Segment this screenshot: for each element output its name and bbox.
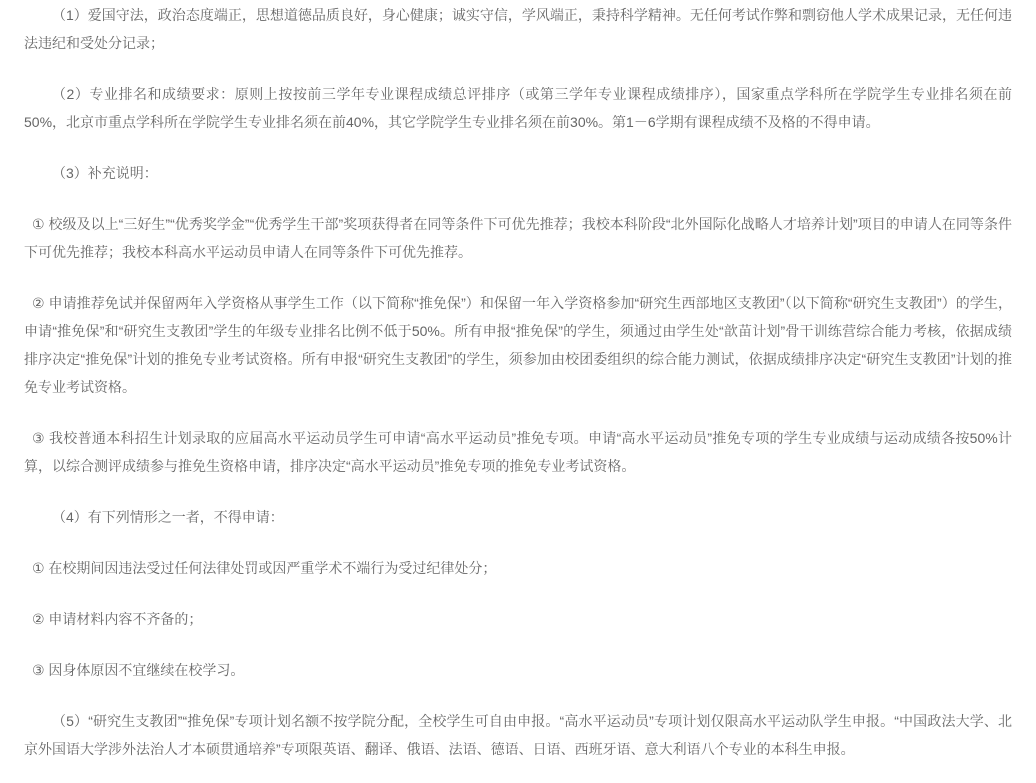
paragraph-sub-item-4: ① 在校期间因违法受过任何法律处罚或因严重学术不端行为受过纪律处分； bbox=[24, 554, 1012, 582]
paragraph-item-2: （2）专业排名和成绩要求：原则上按按前三学年专业课程成绩总评排序（或第三学年专业… bbox=[24, 80, 1012, 136]
paragraph-sub-item-2: ② 申请推荐免试并保留两年入学资格从事学生工作（以下简称“推免保”）和保留一年入… bbox=[24, 289, 1012, 401]
paragraph-sub-item-5: ② 申请材料内容不齐备的； bbox=[24, 605, 1012, 633]
paragraph-sub-item-3: ③ 我校普通本科招生计划录取的应届高水平运动员学生可申请“高水平运动员”推免专项… bbox=[24, 424, 1012, 480]
paragraph-item-3-header: （3）补充说明： bbox=[24, 159, 1012, 187]
paragraph-sub-item-6: ③ 因身体原因不宜继续在校学习。 bbox=[24, 656, 1012, 684]
paragraph-item-1: （1）爱国守法，政治态度端正，思想道德品质良好，身心健康；诚实守信，学风端正，秉… bbox=[24, 1, 1012, 57]
paragraph-sub-item-1: ① 校级及以上“三好生”“优秀奖学金”“优秀学生干部”奖项获得者在同等条件下可优… bbox=[24, 210, 1012, 266]
paragraph-item-4-header: （4）有下列情形之一者，不得申请： bbox=[24, 503, 1012, 531]
document-body: （1）爱国守法，政治态度端正，思想道德品质良好，身心健康；诚实守信，学风端正，秉… bbox=[0, 0, 1036, 763]
paragraph-item-5: （5）“研究生支教团”“推免保”专项计划名额不按学院分配，全校学生可自由申报。“… bbox=[24, 707, 1012, 763]
